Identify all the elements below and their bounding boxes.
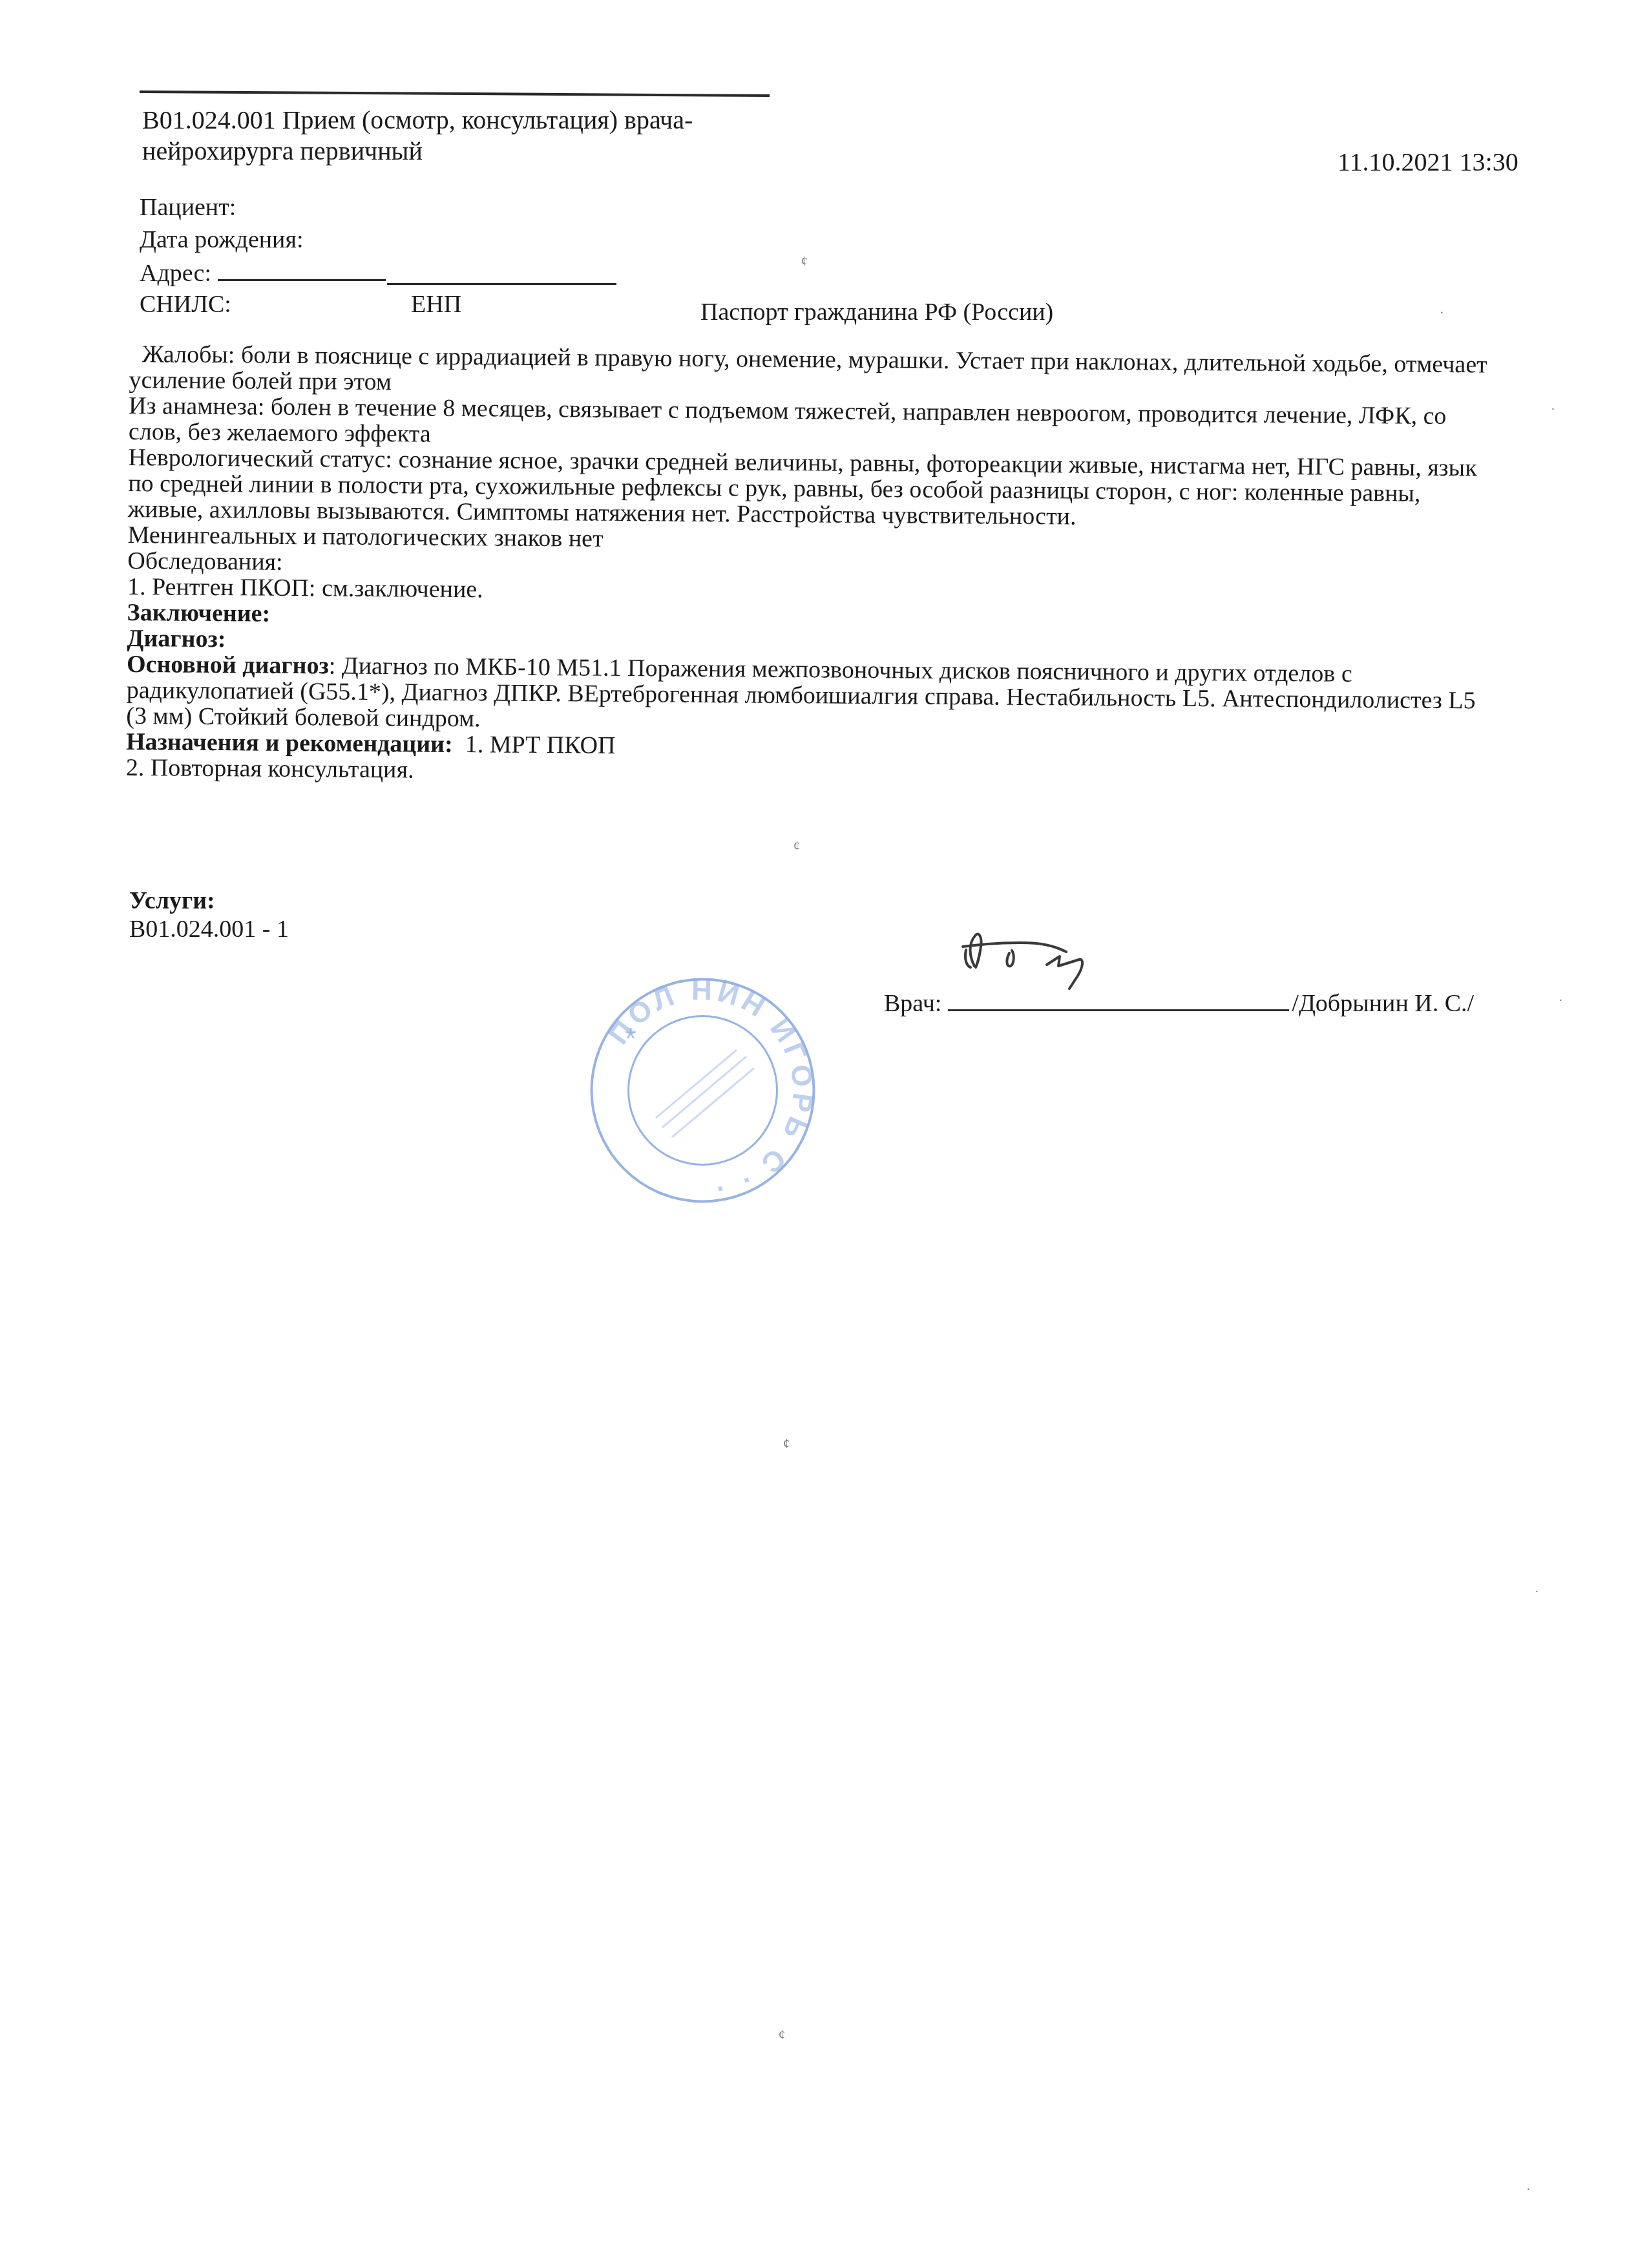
main-diagnosis-label: Основной диагноз [127, 651, 329, 679]
scan-artifact: · [1440, 307, 1444, 320]
doctor-signature-row: Врач:/Добрынин И. С./ [884, 989, 1474, 1018]
scan-artifact: ˙ [1526, 2187, 1531, 2200]
document-type: Паспорт гражданина РФ (России) [700, 296, 1053, 328]
address-field-continued [387, 260, 616, 285]
exam-body: Жалобы: боли в пояснице с иррадиацией в … [126, 341, 1499, 792]
scan-artifact: ¢ [779, 2029, 785, 2042]
visit-datetime: 11.10.2021 13:30 [1338, 147, 1518, 177]
scan-artifact: ˙ [1559, 998, 1563, 1011]
patient-row: Пациент: [140, 191, 616, 224]
recommendations-label: Назначения и рекомендации: [126, 728, 453, 758]
header-rule [140, 90, 770, 97]
official-stamp: ПОЛ НИН ИГОРЬ С · · * [585, 972, 821, 1208]
scan-artifact: ¢ [801, 255, 808, 268]
scan-artifact: ¢ [793, 840, 800, 853]
scan-artifact: ¢ [783, 1438, 790, 1451]
address-row: Адрес: [140, 256, 616, 288]
doctor-label: Врач: [884, 990, 941, 1017]
scan-artifact: ˙ [1535, 1590, 1539, 1602]
snils-row: СНИЛС: ЕНП Паспорт гражданина РФ (России… [140, 288, 616, 320]
main-diagnosis: Основной диагноз: Диагноз по МКБ-10 M51.… [126, 651, 1497, 740]
svg-text:ПОЛ НИН ИГОРЬ С · ·: ПОЛ НИН ИГОРЬ С · · [602, 974, 819, 1206]
medical-consultation-document: B01.024.001 Прием (осмотр, консультация)… [0, 0, 1649, 2268]
snils-label: СНИЛС: [140, 291, 231, 318]
birthdate-row: Дата рождения: [140, 224, 616, 256]
address-label: Адрес: [140, 260, 211, 287]
recommendation-item: 1. МРТ ПКОП [465, 731, 616, 759]
birthdate-label: Дата рождения: [140, 226, 303, 253]
neurological-status: Неврологический статус: сознание ясное, … [128, 445, 1498, 533]
patient-label: Пациент: [140, 194, 236, 221]
svg-text:*: * [625, 1022, 636, 1055]
patient-info: Пациент: Дата рождения: Адрес: СНИЛС: ЕН… [140, 191, 616, 320]
service-title: B01.024.001 Прием (осмотр, консультация)… [142, 105, 788, 167]
service-item: B01.024.001 - 1 [129, 915, 289, 943]
main-diagnosis-text: : Диагноз по МКБ-10 M51.1 Поражения межп… [126, 652, 1476, 732]
scan-artifact: ˙ [1551, 407, 1555, 420]
enp-label: ЕНП [411, 288, 461, 320]
services-block: Услуги: B01.024.001 - 1 [129, 887, 289, 943]
address-field [218, 256, 386, 281]
signature-line [948, 990, 1289, 1011]
handwritten-signature [950, 921, 1118, 992]
doctor-name: /Добрынин И. С./ [1292, 990, 1474, 1017]
services-label: Услуги: [129, 887, 289, 915]
